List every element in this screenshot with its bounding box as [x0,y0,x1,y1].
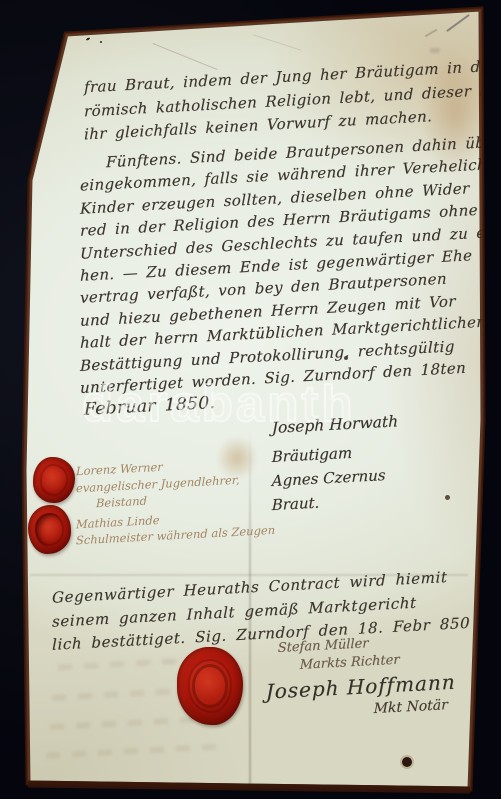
wax-seal-official [177,647,243,725]
signature-block-witnesses: Lorenz Werner evangelischer Jugendlehrer… [76,453,275,549]
manuscript-photo: frau Braut, indem der Jung her Bräutigam… [0,0,501,799]
paragraph-fifth-clause: Fünftens. Sind beide Brautpersonen dahin… [80,130,501,422]
paragraph-closing-fourth: frau Braut, indem der Jung her Bräutigam… [84,52,501,147]
wax-seal-impression [35,513,64,546]
signature-groom: Joseph Horwath [272,412,398,437]
signature-block-couple: Joseph Horwath Bräutigam Agnes Czernus B… [272,412,398,518]
document-paper: frau Braut, indem der Jung her Bräutigam… [0,0,501,799]
ink-speck [56,33,64,40]
wax-seal-middle [28,505,71,554]
wax-seal-ring [192,664,229,708]
wax-seal-impression [40,464,69,495]
signature-block-officials: Stefan Müller Markts Richter Joseph Hoff… [266,632,456,723]
punch-hole [402,757,412,767]
handwritten-content: frau Braut, indem der Jung her Bräutigam… [0,0,500,799]
